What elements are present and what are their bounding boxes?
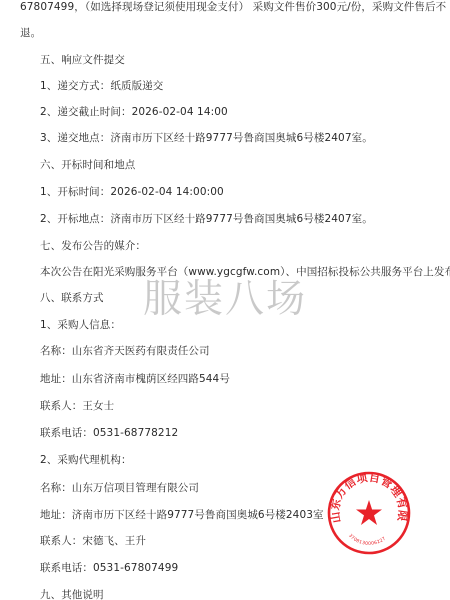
purchaser-address: 地址：山东省济南市槐荫区经四路544号 xyxy=(40,372,230,386)
document-page: 67807499，（如选择现场登记须使用现金支付） 采购文件售价300元/份，采… xyxy=(0,0,450,600)
opening-time: 1、开标时间：2026-02-04 14:00:00 xyxy=(40,185,224,199)
submission-deadline: 2、递交截止时间：2026-02-04 14:00 xyxy=(40,105,228,119)
purchaser-name: 名称：山东省齐天医药有限责任公司 xyxy=(40,344,210,358)
submission-method: 1、递交方式：纸质版递交 xyxy=(40,79,163,93)
svg-text:3708130006227: 3708130006227 xyxy=(347,533,387,547)
section-heading-contact: 八、联系方式 xyxy=(40,291,104,305)
watermark-text: 服装八场 xyxy=(143,278,307,322)
agency-address: 地址：济南市历下区经十路9777号鲁商国奥城6号楼2403室 xyxy=(40,508,324,522)
purchaser-contact-person: 联系人：王女士 xyxy=(40,399,114,413)
section-heading-media: 七、发布公告的媒介： xyxy=(40,239,146,253)
text-line-nonrefundable: 退。 xyxy=(20,26,41,40)
submission-location: 3、递交地点：济南市历下区经十路9777号鲁商国奥城6号楼2407室。 xyxy=(40,131,373,145)
purchaser-phone: 联系电话：0531-68778212 xyxy=(40,426,178,440)
agency-contact-person: 联系人：宋德飞、王升 xyxy=(40,534,146,548)
star-icon xyxy=(356,500,382,525)
company-seal: 山东万信项目管理有限公司 3708130006227 xyxy=(326,470,412,556)
section-heading-submission: 五、响应文件提交 xyxy=(40,53,125,67)
text-line-fee-note: 67807499，（如选择现场登记须使用现金支付） 采购文件售价300元/份，采… xyxy=(20,0,446,14)
section-heading-opening: 六、开标时间和地点 xyxy=(40,158,135,172)
section-heading-other: 九、其他说明 xyxy=(40,588,104,600)
purchaser-info-heading: 1、采购人信息： xyxy=(40,318,121,332)
opening-location: 2、开标地点：济南市历下区经十路9777号鲁商国奥城6号楼2407室。 xyxy=(40,212,373,226)
agency-name: 名称：山东万信项目管理有限公司 xyxy=(40,481,199,495)
seal-code: 3708130006227 xyxy=(347,533,387,547)
agency-phone: 联系电话：0531-67807499 xyxy=(40,561,178,575)
agency-info-heading: 2、采购代理机构： xyxy=(40,453,132,467)
